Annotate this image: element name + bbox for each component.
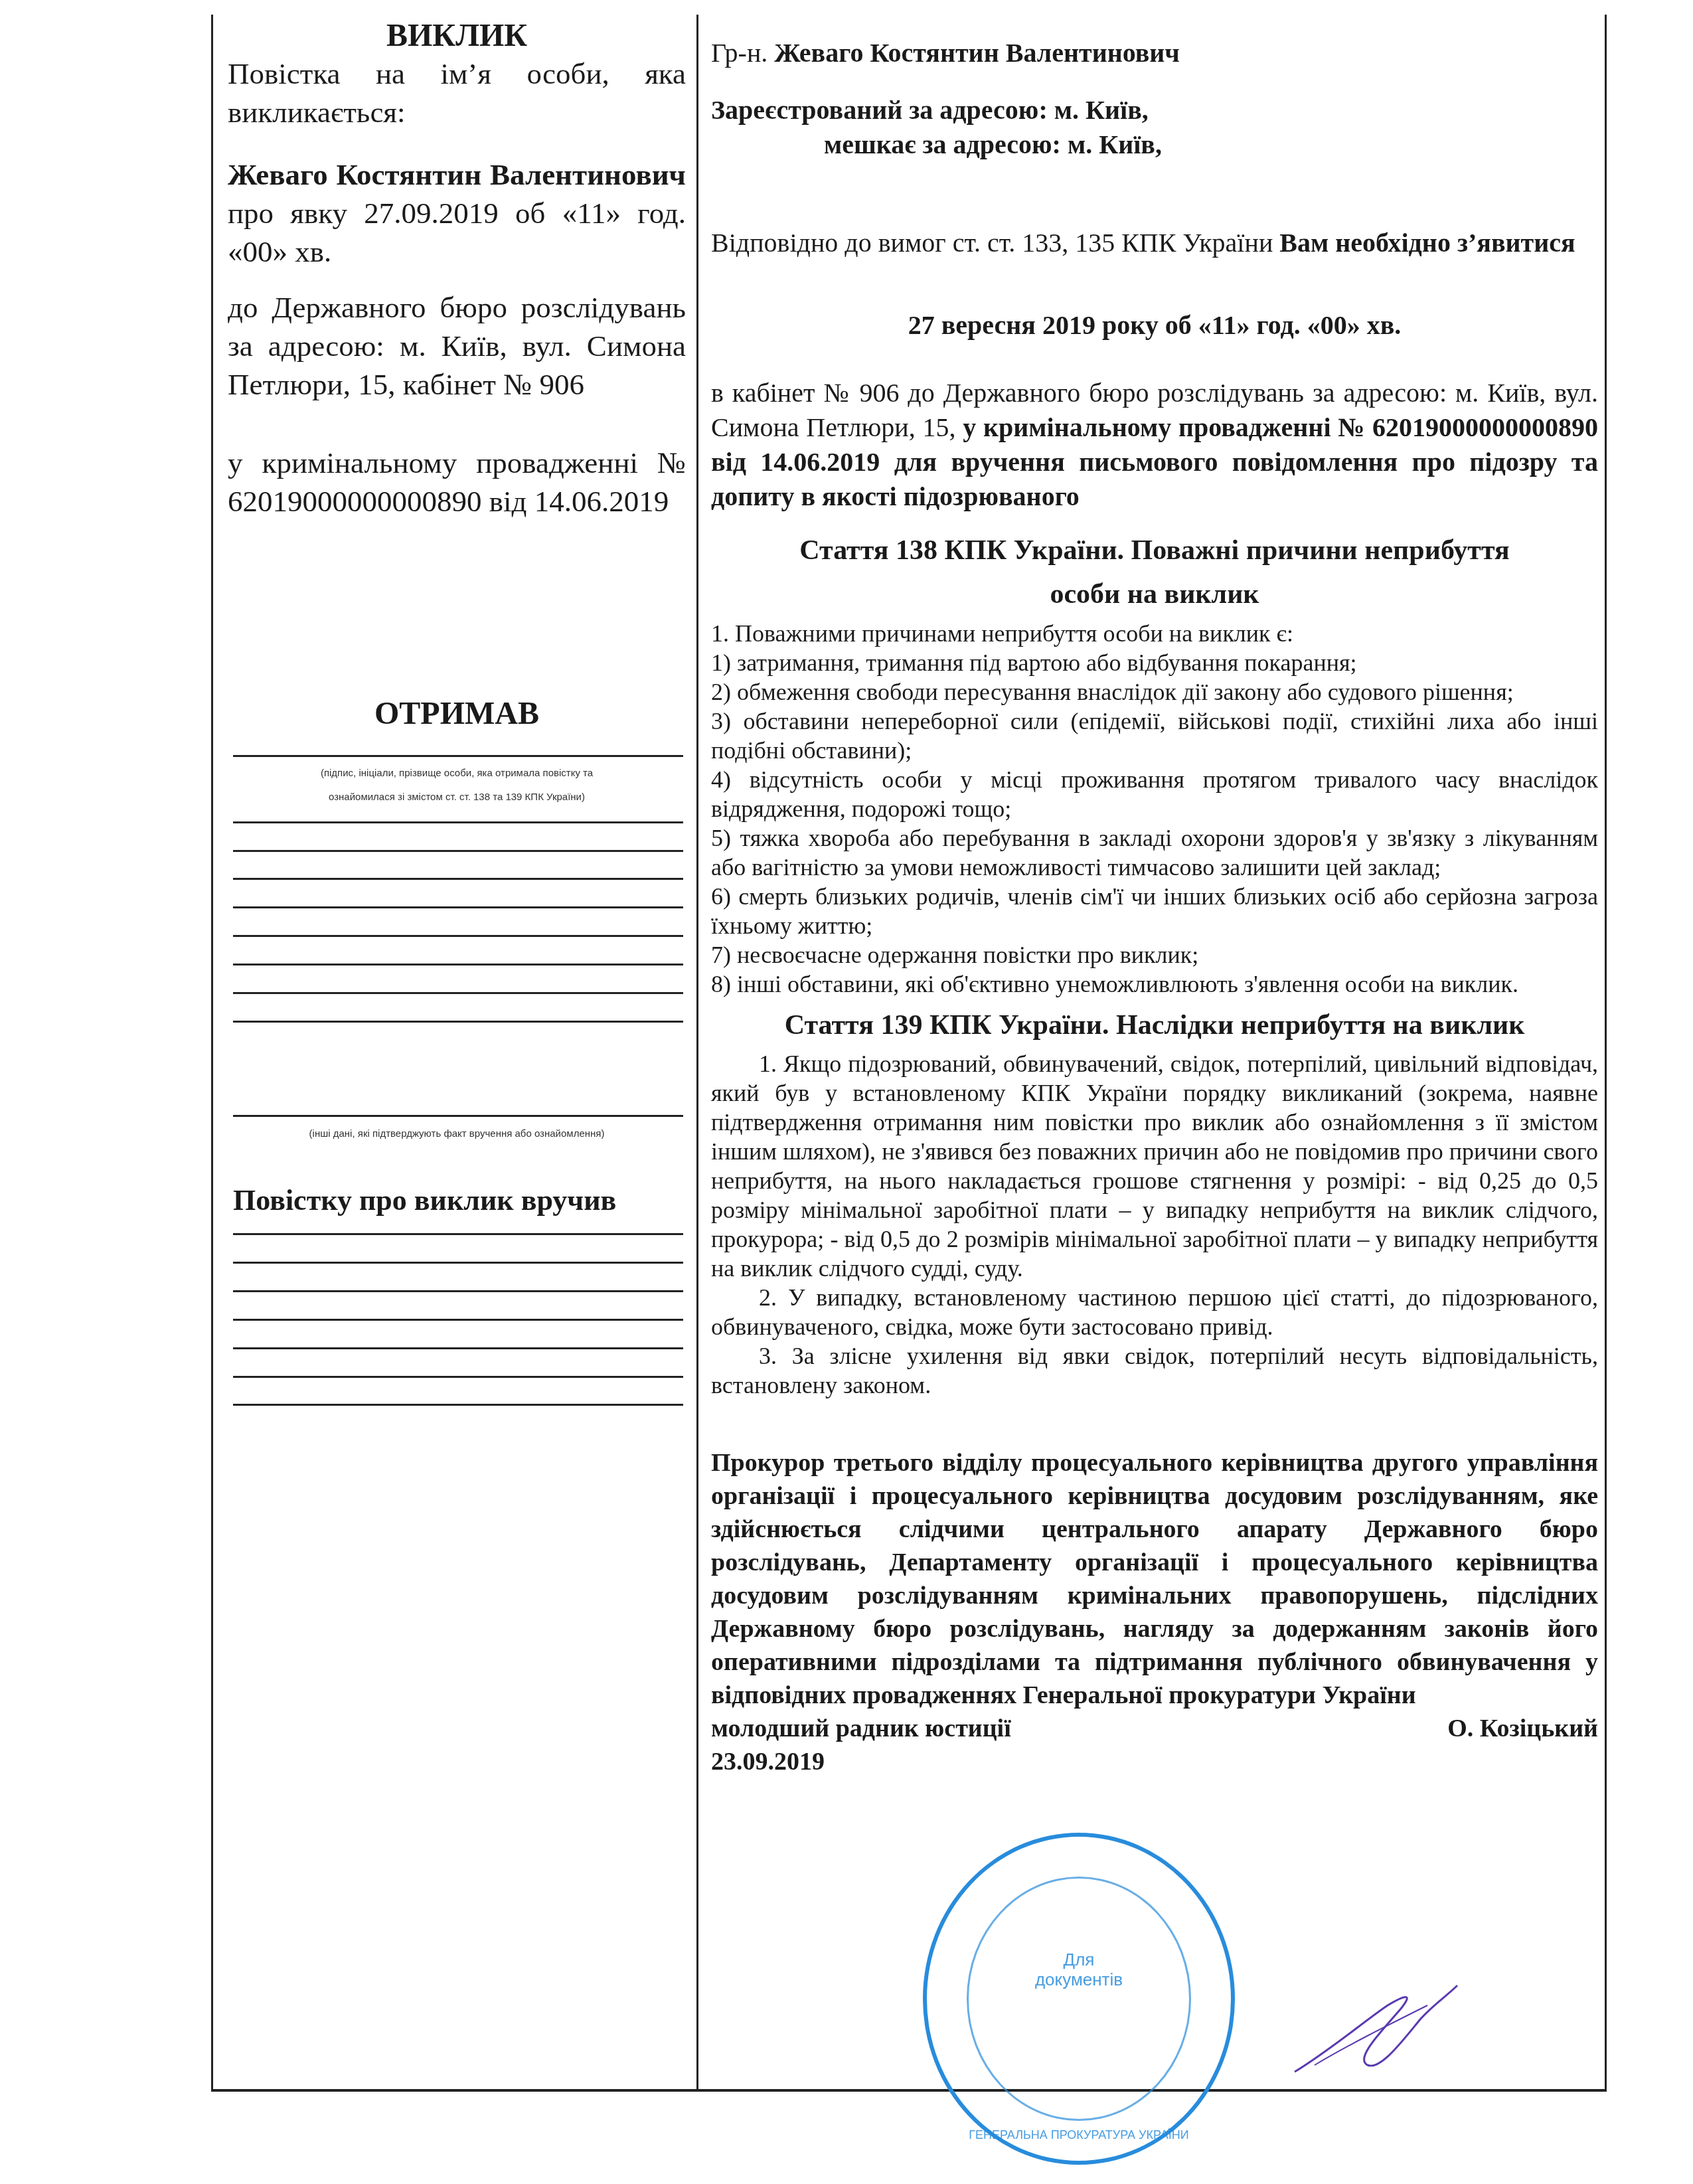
proceeding-reference: у кримінальному провадженні № 6201900000… xyxy=(228,444,686,521)
blank-line xyxy=(233,1376,683,1378)
blank-line xyxy=(233,1262,683,1264)
received-note-line-2: ознайомилася зі змістом ст. ст. 138 та 1… xyxy=(228,786,686,809)
addressee-prefix: Гр-н. xyxy=(711,38,767,68)
signatory-position: Прокурор третього відділу процесуального… xyxy=(711,1446,1598,1712)
requirement-text: Відповідно до вимог ст. ст. 133, 135 КПК… xyxy=(711,228,1273,258)
other-data-note: (інші дані, які підтверджують факт вруче… xyxy=(228,1122,686,1146)
requirement-bold: Вам необхідно з’явитися xyxy=(1279,228,1575,258)
bureau-address: до Державного бюро розслідувань за адрес… xyxy=(228,288,686,404)
blank-line xyxy=(233,850,683,852)
summons-title: ВИКЛИК xyxy=(228,17,686,54)
summoned-person-name: Жеваго Костянтин Валентинович xyxy=(228,158,686,191)
blank-line xyxy=(233,1404,683,1406)
received-title: ОТРИМАВ xyxy=(228,695,686,732)
article-139-title: Стаття 139 КПК України. Наслідки неприбу… xyxy=(711,1009,1598,1041)
article-138-title-line-2: особи на виклик xyxy=(711,572,1598,616)
article-139-list: 1. Якщо підозрюваний, обвинувачений, сві… xyxy=(711,1049,1598,1400)
residence-address: мешкає за адресою: м. Київ, xyxy=(824,127,1598,162)
summoned-person-block: Жеваго Костянтин Валентинович про явку 2… xyxy=(228,155,686,271)
signatory-row: молодший радник юстиції О. Козіцький xyxy=(711,1712,1598,1745)
blank-line xyxy=(233,878,683,880)
signature-line xyxy=(233,755,683,757)
article-item: 3. За злісне ухилення від явки свідок, п… xyxy=(711,1341,1598,1400)
right-column: Гр-н. Жеваго Костянтин Валентинович Заре… xyxy=(711,15,1598,1778)
appointment-datetime: 27 вересня 2019 року об «11» год. «00» х… xyxy=(711,308,1598,343)
blank-line xyxy=(233,906,683,908)
signatory-rank: молодший радник юстиції xyxy=(711,1712,1011,1745)
blank-line xyxy=(233,1347,683,1349)
blank-line xyxy=(233,1290,683,1292)
summons-form: ВИКЛИК Повістка на ім’я особи, яка викли… xyxy=(211,15,1607,2092)
summons-intro: Повістка на ім’я особи, яка викликається… xyxy=(228,54,686,131)
appointment-place: в кабінет № 906 до Державного бюро розсл… xyxy=(711,376,1598,514)
article-item: 6) смерть близьких родичів, членів сім'ї… xyxy=(711,882,1598,940)
article-item: 1) затримання, тримання під вартою або в… xyxy=(711,648,1598,677)
article-138-title: Стаття 138 КПК України. Поважні причини … xyxy=(711,529,1598,616)
article-item: 7) несвоєчасне одержання повістки про ви… xyxy=(711,940,1598,969)
appearance-time: про явку 27.09.2019 об «11» год. «00» хв… xyxy=(228,197,686,268)
signatory-name: О. Козіцький xyxy=(1447,1712,1598,1745)
article-item: 2) обмеження свободи пересування внаслід… xyxy=(711,677,1598,707)
stamp-ring-text: ГЕНЕРАЛЬНА ПРОКУРАТУРА УКРАЇНИ xyxy=(927,2128,1231,2142)
article-item: 1. Поважними причинами неприбуття особи … xyxy=(711,619,1598,648)
received-note-line-1: (підпис, ініціали, прізвище особи, яка о… xyxy=(228,762,686,786)
article-item: 5) тяжка хвороба або перебування в закла… xyxy=(711,823,1598,882)
blank-line xyxy=(233,992,683,994)
blank-line xyxy=(233,1319,683,1321)
article-item: 4) відсутність особи у місці проживання … xyxy=(711,765,1598,823)
article-item: 3) обставини непереборної сили (епідемії… xyxy=(711,707,1598,765)
registered-address: Зареєстрований за адресою: м. Київ, xyxy=(711,93,1598,127)
delivered-by-title: Повістку про виклик вручив xyxy=(233,1183,616,1217)
addressee: Гр-н. Жеваго Костянтин Валентинович xyxy=(711,36,1598,70)
article-item: 2. У випадку, встановленому частиною пер… xyxy=(711,1283,1598,1341)
left-column: ВИКЛИК Повістка на ім’я особи, яка викли… xyxy=(228,15,686,521)
blank-line xyxy=(233,935,683,937)
blank-line xyxy=(233,964,683,966)
other-data-line xyxy=(233,1115,683,1117)
article-item: 8) інші обставини, які об'єктивно унемож… xyxy=(711,969,1598,999)
received-note: (підпис, ініціали, прізвище особи, яка о… xyxy=(228,762,686,809)
blank-line xyxy=(233,821,683,823)
column-divider xyxy=(696,15,698,2089)
blank-line xyxy=(233,1021,683,1023)
addressee-name: Жеваго Костянтин Валентинович xyxy=(774,38,1180,68)
article-138-list: 1. Поважними причинами неприбуття особи … xyxy=(711,619,1598,999)
blank-line xyxy=(233,1233,683,1235)
article-138-title-line-1: Стаття 138 КПК України. Поважні причини … xyxy=(711,529,1598,572)
article-item: 1. Якщо підозрюваний, обвинувачений, сві… xyxy=(711,1049,1598,1283)
document-date: 23.09.2019 xyxy=(711,1745,1598,1778)
requirement: Відповідно до вимог ст. ст. 133, 135 КПК… xyxy=(711,226,1598,260)
